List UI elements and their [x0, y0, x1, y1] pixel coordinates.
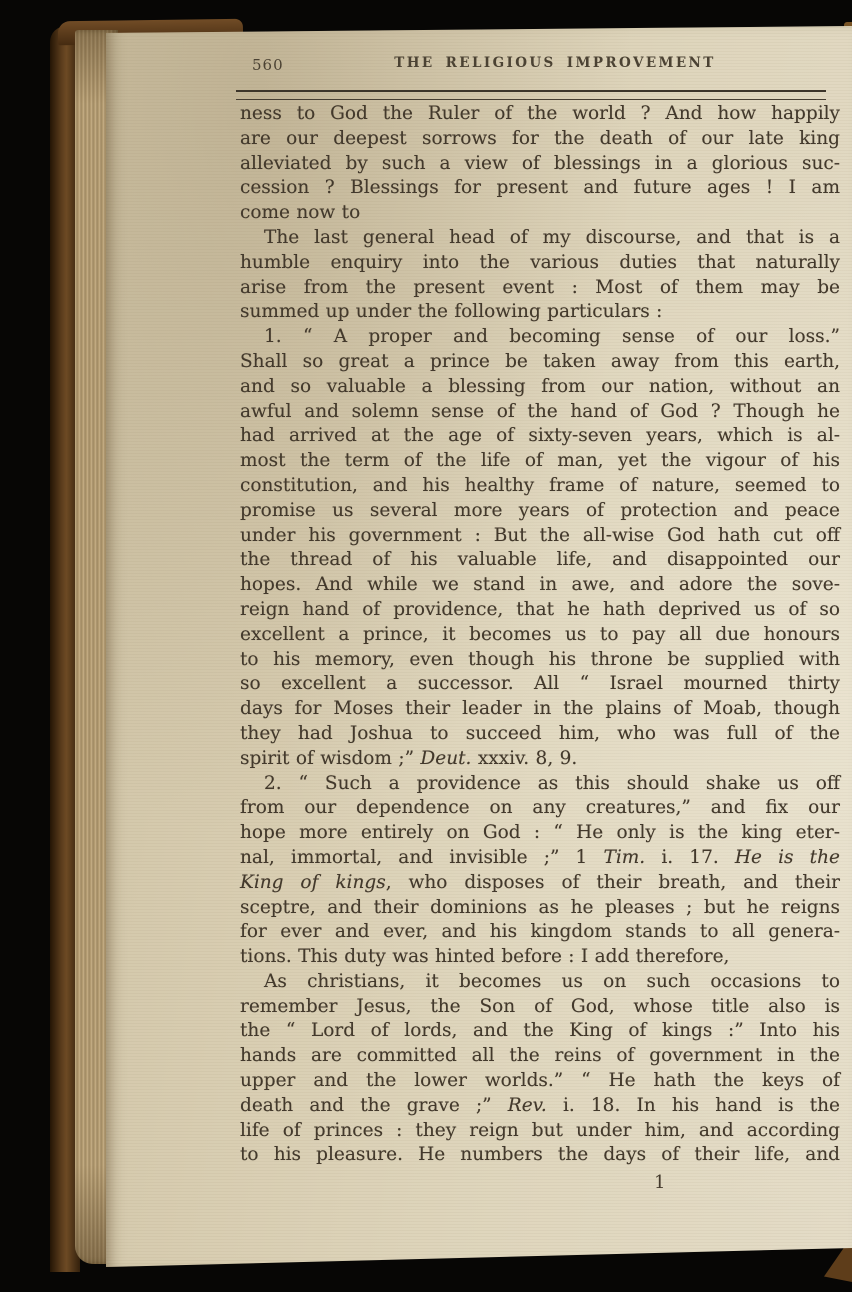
- signature-mark: 1: [654, 1172, 665, 1193]
- text-line: are our deepest sorrows for the death of…: [240, 127, 840, 152]
- page-number: 560: [252, 56, 284, 74]
- text-line: 1. “ A proper and becoming sense of our …: [240, 325, 840, 350]
- running-header: THE RELIGIOUS IMPROVEMENT: [240, 55, 840, 71]
- text-line: hands are committed all the reins of gov…: [240, 1044, 840, 1069]
- text-line: King of kings, who disposes of their bre…: [240, 871, 840, 896]
- text-line: The last general head of my discourse, a…: [240, 226, 840, 251]
- text-line: spirit of wisdom ;” Deut. xxxiv. 8, 9.: [240, 747, 840, 772]
- text-line: reign hand of providence, that he hath d…: [240, 598, 840, 623]
- text-line: to his pleasure. He numbers the days of …: [240, 1143, 840, 1168]
- text-line: Shall so great a prince be taken away fr…: [240, 350, 840, 375]
- text-line: 2. “ Such a providence as this should sh…: [240, 772, 840, 797]
- page-body: ness to God the Ruler of the world ? And…: [240, 102, 840, 1168]
- text-line: tions. This duty was hinted before : I a…: [240, 945, 840, 970]
- text-line: nal, immortal, and invisible ;” 1 Tim. i…: [240, 846, 840, 871]
- text-line: to his memory, even though his throne be…: [240, 648, 840, 673]
- text-line: excellent a prince, it becomes us to pay…: [240, 623, 840, 648]
- text-line: arise from the present event : Most of t…: [240, 276, 840, 301]
- text-line: awful and solemn sense of the hand of Go…: [240, 400, 840, 425]
- text-line: hope more entirely on God : “ He only is…: [240, 821, 840, 846]
- text-line: sceptre, and their dominions as he pleas…: [240, 896, 840, 921]
- text-line: ness to God the Ruler of the world ? And…: [240, 102, 840, 127]
- text-line: the thread of his valuable life, and dis…: [240, 548, 840, 573]
- text-line: death and the grave ;” Rev. i. 18. In hi…: [240, 1094, 840, 1119]
- header-rule: [236, 90, 826, 100]
- text-line: humble enquiry into the various duties t…: [240, 251, 840, 276]
- photo-background: 560 THE RELIGIOUS IMPROVEMENT ness to Go…: [0, 0, 852, 1292]
- text-line: from our dependence on any creatures,” a…: [240, 796, 840, 821]
- text-line: had arrived at the age of sixty-seven ye…: [240, 424, 840, 449]
- text-line: remember Jesus, the Son of God, whose ti…: [240, 995, 840, 1020]
- text-line: hopes. And while we stand in awe, and ad…: [240, 573, 840, 598]
- text-line: so excellent a successor. All “ Israel m…: [240, 672, 840, 697]
- text-line: the “ Lord of lords, and the King of kin…: [240, 1019, 840, 1044]
- text-line: alleviated by such a view of blessings i…: [240, 152, 840, 177]
- text-line: life of princes : they reign but under h…: [240, 1119, 840, 1144]
- text-line: upper and the lower worlds.” “ He hath t…: [240, 1069, 840, 1094]
- text-line: cession ? Blessings for present and futu…: [240, 176, 840, 201]
- text-line: and so valuable a blessing from our nati…: [240, 375, 840, 400]
- text-line: promise us several more years of protect…: [240, 499, 840, 524]
- text-line: they had Joshua to succeed him, who was …: [240, 722, 840, 747]
- text-line: summed up under the following particular…: [240, 300, 840, 325]
- text-line: for ever and ever, and his kingdom stand…: [240, 920, 840, 945]
- text-line: constitution, and his healthy frame of n…: [240, 474, 840, 499]
- text-line: come now to: [240, 201, 840, 226]
- text-line: As christians, it becomes us on such occ…: [240, 970, 840, 995]
- text-line: days for Moses their leader in the plain…: [240, 697, 840, 722]
- text-line: most the term of the life of man, yet th…: [240, 449, 840, 474]
- page-surface: 560 THE RELIGIOUS IMPROVEMENT ness to Go…: [106, 24, 852, 1270]
- page-header: 560 THE RELIGIOUS IMPROVEMENT: [240, 55, 840, 77]
- text-line: under his government : But the all-wise …: [240, 524, 840, 549]
- book-page: 560 THE RELIGIOUS IMPROVEMENT ness to Go…: [106, 24, 852, 1270]
